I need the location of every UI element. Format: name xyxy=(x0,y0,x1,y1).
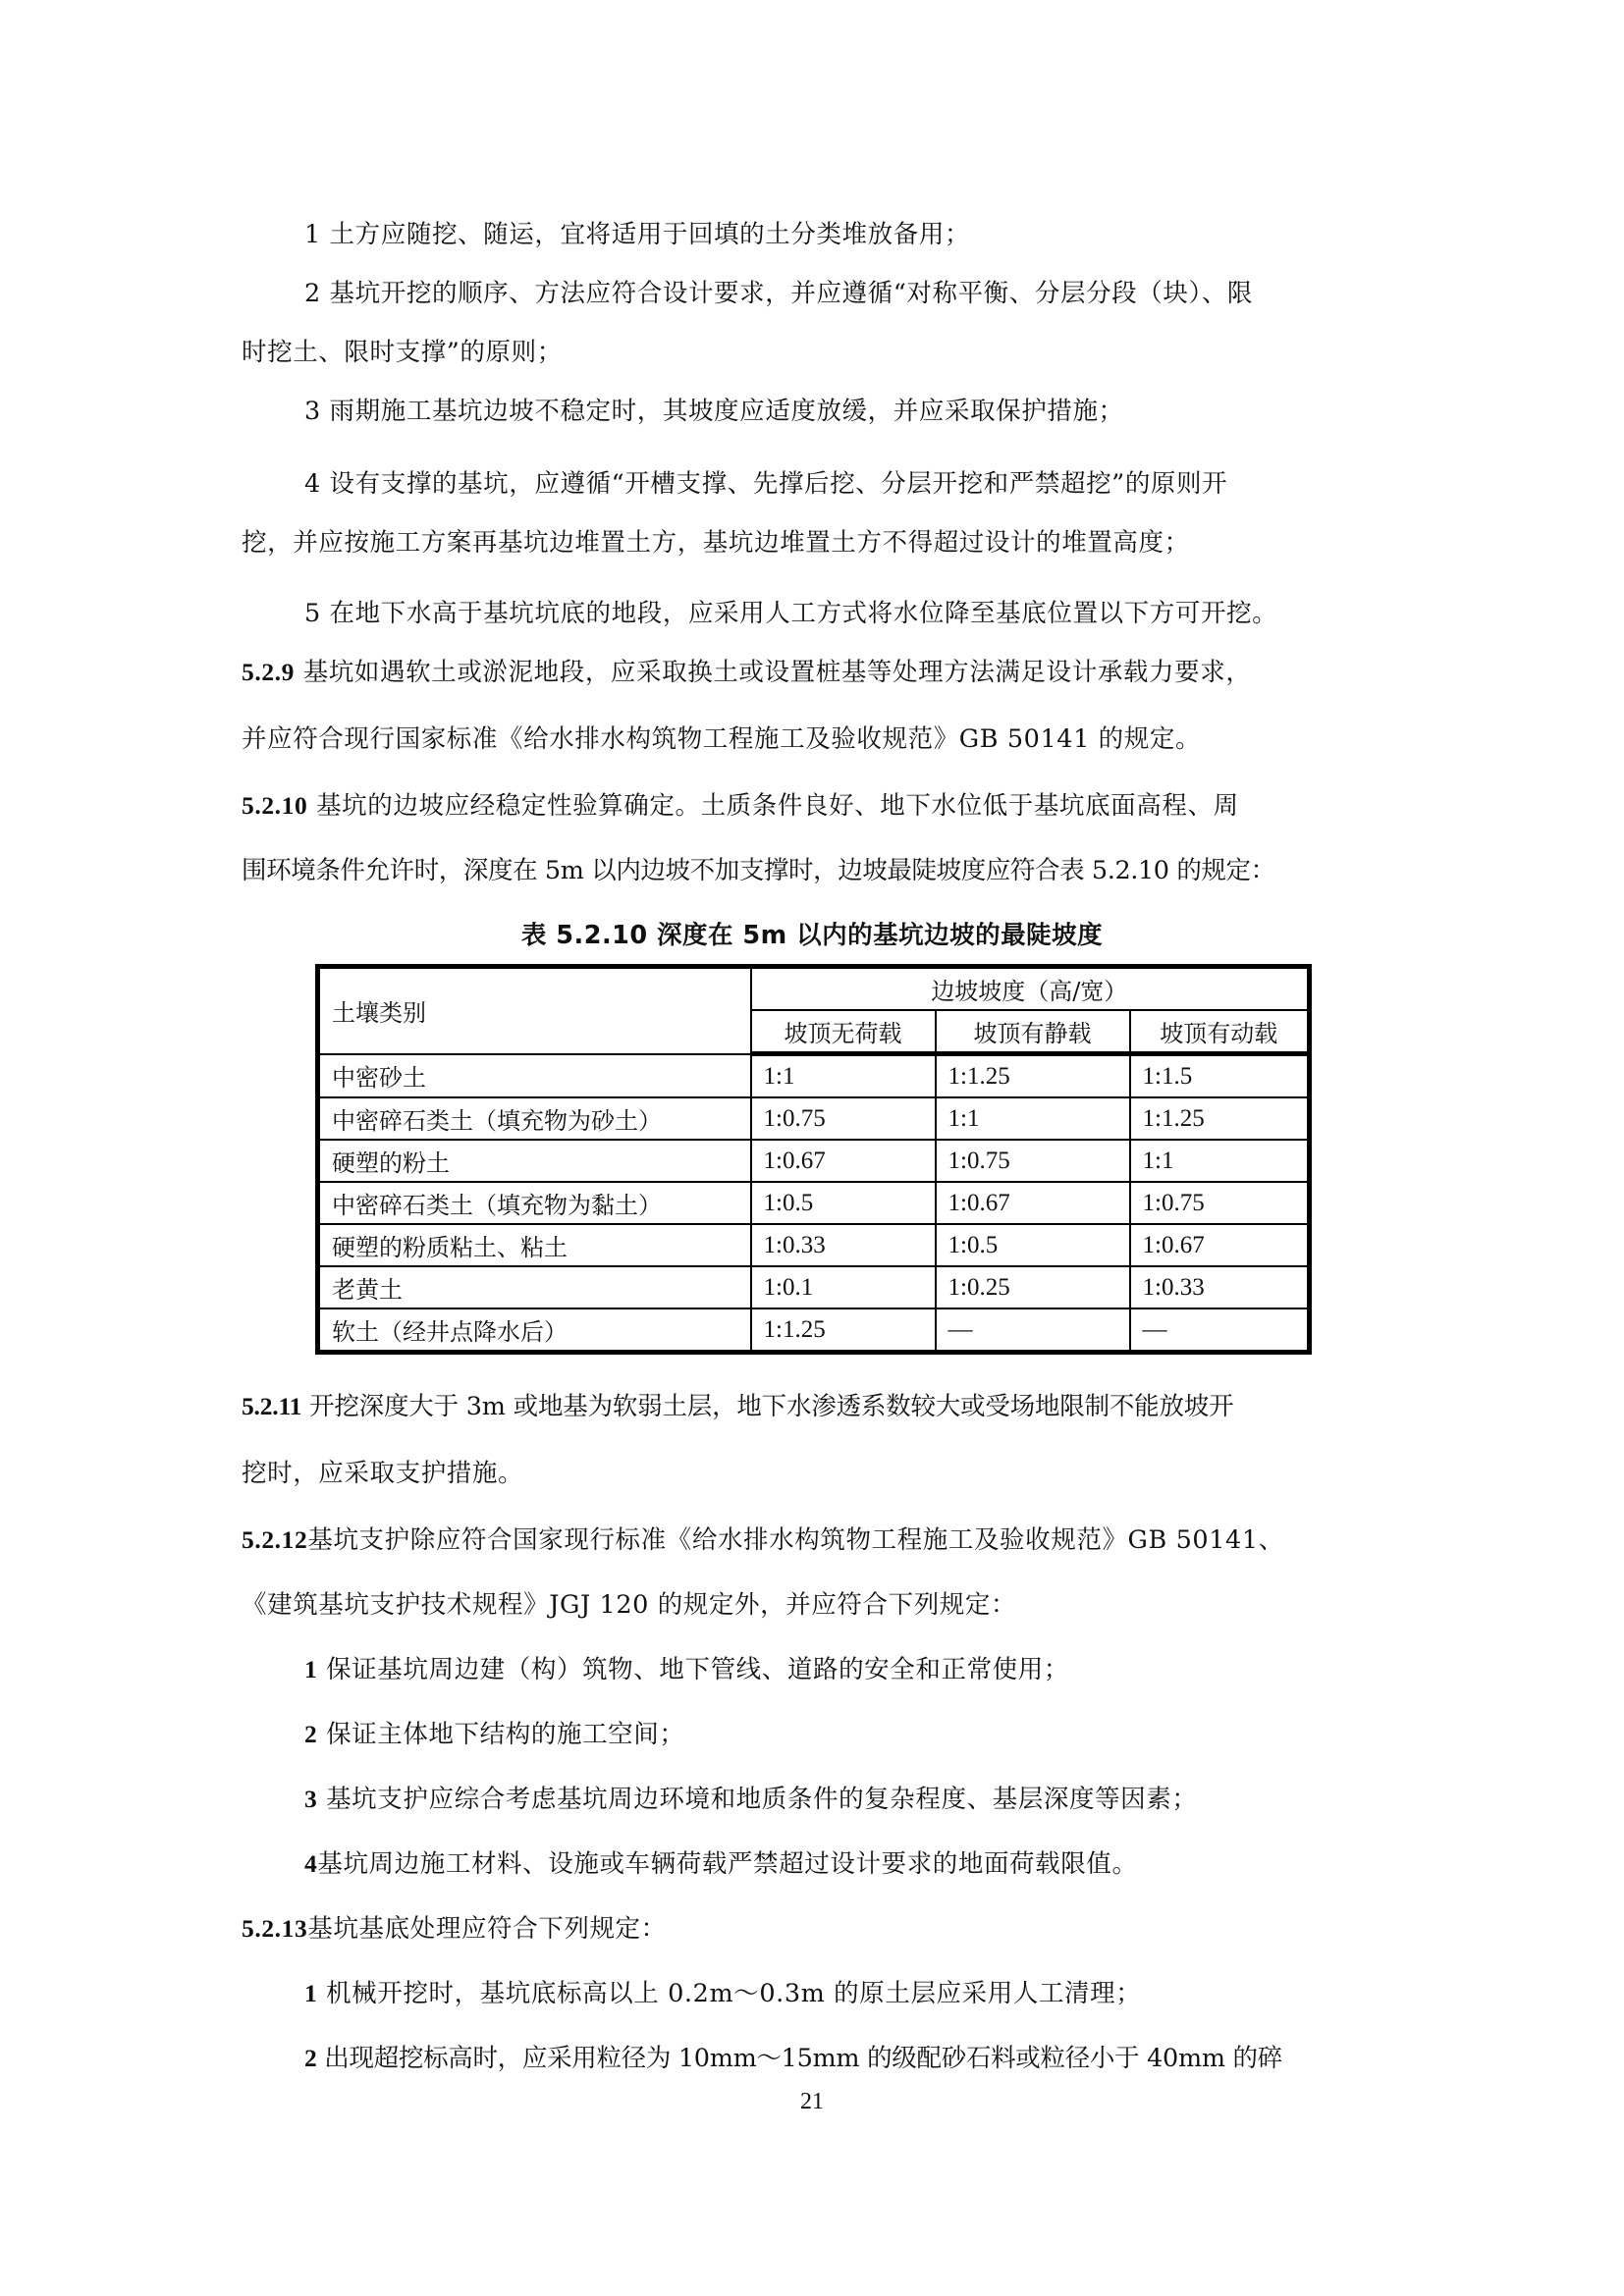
cell-value: 1:0.75 xyxy=(936,1140,1130,1182)
clause-5-2-13: 5.2.13基坑基底处理应符合下列规定： xyxy=(242,1912,1380,1946)
list-item: 1 保证基坑周边建（构）筑物、地下管线、道路的安全和正常使用； xyxy=(304,1653,1443,1686)
table-caption: 表 5.2.10 深度在 5m 以内的基坑边坡的最陡坡度 xyxy=(0,919,1624,952)
table-row: 硬塑的粉土 1:0.67 1:0.75 1:1 xyxy=(318,1140,1310,1182)
cell-value: 1:1.25 xyxy=(751,1308,936,1353)
clause-5-2-9: 5.2.9 基坑如遇软土或淤泥地段，应采取换土或设置桩基等处理方法满足设计承载力… xyxy=(242,656,1380,689)
cell-value: 1:1.5 xyxy=(1130,1054,1310,1098)
table-row: 中密砂土 1:1 1:1.25 1:1.5 xyxy=(318,1054,1310,1098)
clause-number: 5.2.10 xyxy=(242,791,307,820)
clause-5-2-11: 5.2.11 开挖深度大于 3m 或地基为软弱土层，地下水渗透系数较大或受场地限… xyxy=(242,1390,1380,1423)
clause-5-2-12: 5.2.12基坑支护除应符合国家现行标准《给水排水构筑物工程施工及验收规范》GB… xyxy=(242,1523,1380,1557)
item-number: 2 xyxy=(304,279,321,308)
clause-continuation: 并应符合现行国家标准《给水排水构筑物工程施工及验收规范》GB 50141 的规定… xyxy=(242,722,1380,756)
item-number: 1 xyxy=(304,1979,317,2007)
clause-continuation: 挖时，应采取支护措施。 xyxy=(242,1457,1380,1490)
clause-continuation: 《建筑基坑支护技术规程》JGJ 120 的规定外，并应符合下列规定： xyxy=(242,1588,1380,1622)
document-page: 1 土方应随挖、随运，宜将适用于回填的土分类堆放备用； 2 基坑开挖的顺序、方法… xyxy=(0,0,1624,2296)
item-number: 5 xyxy=(304,599,321,628)
item-number: 3 xyxy=(304,397,321,426)
item-number: 1 xyxy=(304,220,321,249)
table-row: 硬塑的粉质粘土、粘土 1:0.33 1:0.5 1:0.67 xyxy=(318,1224,1310,1266)
table-row: 软土（经井点降水后） 1:1.25 — — xyxy=(318,1308,1310,1353)
clause-text: 基坑支护除应符合国家现行标准《给水排水构筑物工程施工及验收规范》GB 50141… xyxy=(307,1525,1283,1555)
clause-number: 5.2.11 xyxy=(242,1392,301,1420)
item-text: 基坑开挖的顺序、方法应符合设计要求，并应遵循“对称平衡、分层分段（块）、限 xyxy=(330,279,1254,308)
cell-soil: 中密碎石类土（填充物为黏土） xyxy=(318,1182,751,1224)
cell-soil: 中密碎石类土（填充物为砂土） xyxy=(318,1097,751,1140)
cell-value: 1:0.67 xyxy=(1130,1224,1310,1266)
clause-continuation: 围环境条件允许时，深度在 5m 以内边坡不加支撑时，边坡最陡坡度应符合表 5.2… xyxy=(242,854,1380,887)
item-text: 保证主体地下结构的施工空间； xyxy=(326,1720,684,1749)
cell-value: 1:0.75 xyxy=(1130,1182,1310,1224)
cell-value: 1:0.33 xyxy=(1130,1266,1310,1308)
item-number: 2 xyxy=(304,2044,316,2072)
page-number: 21 xyxy=(0,2089,1624,2115)
list-item: 1 机械开挖时，基坑底标高以上 0.2m～0.3m 的原土层应采用人工清理； xyxy=(304,1977,1443,2010)
list-item: 2 保证主体地下结构的施工空间； xyxy=(304,1718,1443,1751)
cell-value: 1:0.67 xyxy=(751,1140,936,1182)
list-item: 3 雨期施工基坑边坡不稳定时，其坡度应适度放缓，并应采取保护措施； xyxy=(304,395,1443,428)
cell-value: 1:1.25 xyxy=(936,1054,1130,1098)
item-text: 基坑周边施工材料、设施或车辆荷载严禁超过设计要求的地面荷载限值。 xyxy=(317,1849,1137,1879)
cell-value: — xyxy=(1130,1308,1310,1353)
cell-soil: 软土（经井点降水后） xyxy=(318,1308,751,1353)
cell-value: 1:0.5 xyxy=(936,1224,1130,1266)
item-text: 雨期施工基坑边坡不稳定时，其坡度应适度放缓，并应采取保护措施； xyxy=(330,397,1124,426)
table-row: 老黄土 1:0.1 1:0.25 1:0.33 xyxy=(318,1266,1310,1308)
item-number: 4 xyxy=(304,1849,317,1878)
header-static-load: 坡顶有静载 xyxy=(936,1010,1130,1054)
header-slope-group: 边坡坡度（高/宽） xyxy=(751,967,1310,1011)
list-item: 2 基坑开挖的顺序、方法应符合设计要求，并应遵循“对称平衡、分层分段（块）、限 xyxy=(304,277,1443,310)
cell-value: 1:0.1 xyxy=(751,1266,936,1308)
list-item-continuation: 时挖土、限时支撑”的原则； xyxy=(242,336,1380,369)
item-text: 出现超挖标高时，应采用粒径为 10mm～15mm 的级配砂石料或粒径小于 40m… xyxy=(324,2044,1282,2073)
cell-value: 1:0.75 xyxy=(751,1097,936,1140)
cell-value: 1:1 xyxy=(936,1097,1130,1140)
item-number: 3 xyxy=(304,1785,317,1813)
list-item: 4基坑周边施工材料、设施或车辆荷载严禁超过设计要求的地面荷载限值。 xyxy=(304,1847,1443,1881)
item-text: 土方应随挖、随运，宜将适用于回填的土分类堆放备用； xyxy=(330,220,971,249)
table-row: 中密碎石类土（填充物为黏土） 1:0.5 1:0.67 1:0.75 xyxy=(318,1182,1310,1224)
item-text: 设有支撑的基坑，应遵循“开槽支撑、先撑后挖、分层开挖和严禁超挖”的原则开 xyxy=(330,469,1228,499)
item-number: 2 xyxy=(304,1720,317,1748)
cell-soil: 中密砂土 xyxy=(318,1054,751,1098)
item-text: 保证基坑周边建（构）筑物、地下管线、道路的安全和正常使用； xyxy=(326,1655,1069,1684)
item-number: 4 xyxy=(304,469,321,499)
item-number: 1 xyxy=(304,1655,317,1683)
table-row: 中密碎石类土（填充物为砂土） 1:0.75 1:1 1:1.25 xyxy=(318,1097,1310,1140)
cell-soil: 硬塑的粉土 xyxy=(318,1140,751,1182)
clause-5-2-10: 5.2.10 基坑的边坡应经稳定性验算确定。土质条件良好、地下水位低于基坑底面高… xyxy=(242,789,1380,823)
cell-value: 1:0.67 xyxy=(936,1182,1130,1224)
clause-text: 基坑基底处理应符合下列规定： xyxy=(307,1914,666,1944)
cell-value: 1:0.25 xyxy=(936,1266,1130,1308)
cell-value: 1:1 xyxy=(1130,1140,1310,1182)
list-item: 4 设有支撑的基坑，应遵循“开槽支撑、先撑后挖、分层开挖和严禁超挖”的原则开 xyxy=(304,467,1443,501)
item-text: 基坑支护应综合考虑基坑周边环境和地质条件的复杂程度、基层深度等因素； xyxy=(326,1785,1197,1814)
item-text: 在地下水高于基坑坑底的地段，应采用人工方式将水位降至基底位置以下方可开挖。 xyxy=(330,599,1278,628)
clause-text: 基坑如遇软土或淤泥地段，应采取换土或设置桩基等处理方法满足设计承载力要求， xyxy=(303,658,1252,687)
list-item: 3 基坑支护应综合考虑基坑周边环境和地质条件的复杂程度、基层深度等因素； xyxy=(304,1783,1443,1816)
cell-soil: 硬塑的粉质粘土、粘土 xyxy=(318,1224,751,1266)
cell-value: 1:0.33 xyxy=(751,1224,936,1266)
clause-number: 5.2.13 xyxy=(242,1914,307,1943)
header-no-load: 坡顶无荷载 xyxy=(751,1010,936,1054)
list-item: 5 在地下水高于基坑坑底的地段，应采用人工方式将水位降至基底位置以下方可开挖。 xyxy=(304,597,1443,630)
list-item-continuation: 挖，并应按施工方案再基坑边堆置土方，基坑边堆置土方不得超过设计的堆置高度； xyxy=(242,526,1380,560)
cell-value: 1:0.5 xyxy=(751,1182,936,1224)
clause-number: 5.2.9 xyxy=(242,658,295,686)
cell-soil: 老黄土 xyxy=(318,1266,751,1308)
list-item: 2 出现超挖标高时，应采用粒径为 10mm～15mm 的级配砂石料或粒径小于 4… xyxy=(304,2042,1443,2075)
item-text: 机械开挖时，基坑底标高以上 0.2m～0.3m 的原土层应采用人工清理； xyxy=(326,1979,1141,2008)
cell-value: — xyxy=(936,1308,1130,1353)
cell-value: 1:1.25 xyxy=(1130,1097,1310,1140)
header-dynamic-load: 坡顶有动载 xyxy=(1130,1010,1310,1054)
clause-number: 5.2.12 xyxy=(242,1525,307,1554)
cell-value: 1:1 xyxy=(751,1054,936,1098)
header-soil-type: 土壤类别 xyxy=(318,967,751,1054)
clause-text: 基坑的边坡应经稳定性验算确定。土质条件良好、地下水位低于基坑底面高程、周 xyxy=(316,791,1239,821)
slope-table: 土壤类别 边坡坡度（高/宽） 坡顶无荷载 坡顶有静载 坡顶有动载 中密砂土 1:… xyxy=(315,964,1312,1355)
list-item: 1 土方应随挖、随运，宜将适用于回填的土分类堆放备用； xyxy=(304,218,1443,251)
clause-text: 开挖深度大于 3m 或地基为软弱土层，地下水渗透系数较大或受场地限制不能放坡开 xyxy=(309,1392,1233,1421)
